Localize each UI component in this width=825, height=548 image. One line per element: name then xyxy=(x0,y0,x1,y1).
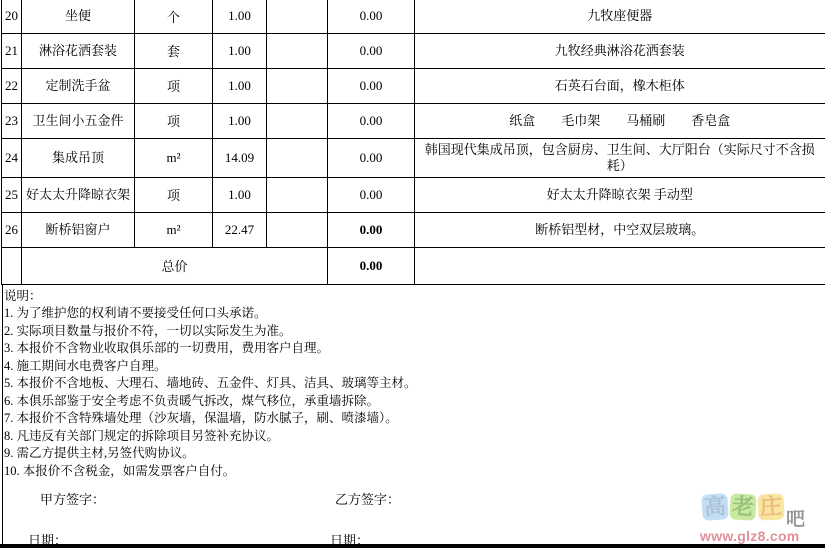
table-row: 21 淋浴花洒套装 套 1.00 0.00 九牧经典淋浴花洒套装 xyxy=(2,33,825,68)
note-line: 2. 实际项目数量与报价不符，一切以实际发生为准。 xyxy=(4,323,825,341)
item-description: 石英石台面，橡木柜体 xyxy=(415,68,825,103)
item-name: 卫生间小五金件 xyxy=(22,103,135,138)
watermark-tile: 庄 xyxy=(757,493,784,520)
blank-cell xyxy=(2,247,22,284)
blank-cell xyxy=(267,103,328,138)
item-description: 断桥铝型材，中空双层玻璃。 xyxy=(415,212,825,247)
item-quantity: 1.00 xyxy=(213,0,267,33)
item-name: 坐便 xyxy=(22,0,135,33)
total-row: 总价 0.00 xyxy=(2,247,825,284)
page-bottom-border xyxy=(0,544,825,548)
item-price: 0.00 xyxy=(328,33,415,68)
item-description: 韩国现代集成吊顶，包含厨房、卫生间、大厅阳台（实际尺寸不含损耗） xyxy=(415,138,825,177)
watermark-suffix: 吧 xyxy=(786,504,805,531)
item-unit: 项 xyxy=(135,103,213,138)
item-unit: m² xyxy=(135,212,213,247)
quotation-sheet: 20 坐便 个 1.00 0.00 九牧座便器 21 淋浴花洒套装 套 1.00… xyxy=(0,0,825,548)
row-number: 20 xyxy=(2,0,22,33)
table-row: 22 定制洗手盆 项 1.00 0.00 石英石台面，橡木柜体 xyxy=(2,68,825,103)
note-line: 7. 本报价不含特殊墙处理（沙灰墙，保温墙，防水腻子，刷、喷漆墙）。 xyxy=(4,410,825,428)
row-number: 24 xyxy=(2,138,22,177)
note-line: 9. 需乙方提供主材,另签代购协议。 xyxy=(4,445,825,463)
row-number: 22 xyxy=(2,68,22,103)
watermark-tile: 高 xyxy=(701,493,729,521)
item-name: 断桥铝窗户 xyxy=(22,212,135,247)
table-row: 25 好太太升降晾衣架 项 1.00 0.00 好太太升降晾衣架 手动型 xyxy=(2,177,825,212)
item-price: 0.00 xyxy=(328,0,415,33)
item-unit: m² xyxy=(135,138,213,177)
note-line: 4. 施工期间水电费客户自理。 xyxy=(4,358,825,376)
item-price: 0.00 xyxy=(328,68,415,103)
note-line: 5. 本报价不含地板、大理石、墙地砖、五金件、灯具、洁具、玻璃等主材。 xyxy=(4,375,825,393)
item-description: 九牧座便器 xyxy=(415,0,825,33)
notes-section: 说明： 1. 为了维护您的权利请不要接受任何口头承诺。 2. 实际项目数量与报价… xyxy=(0,285,825,481)
blank-cell xyxy=(267,177,328,212)
watermark-logo: 高 老 庄 吧 xyxy=(702,494,823,531)
note-line: 3. 本报价不含物业收取俱乐部的一切费用，费用客户自理。 xyxy=(4,340,825,358)
item-price: 0.00 xyxy=(328,103,415,138)
note-line: 10. 本报价不含税金，如需发票客户自付。 xyxy=(4,463,825,481)
item-unit: 项 xyxy=(135,177,213,212)
item-quantity: 14.09 xyxy=(213,138,267,177)
table-row: 23 卫生间小五金件 项 1.00 0.00 纸盒 毛巾架 马桶刷 香皂盒 xyxy=(2,103,825,138)
blank-cell xyxy=(267,33,328,68)
item-description: 纸盒 毛巾架 马桶刷 香皂盒 xyxy=(415,103,825,138)
blank-cell xyxy=(267,68,328,103)
item-name: 好太太升降晾衣架 xyxy=(22,177,135,212)
blank-cell xyxy=(267,138,328,177)
total-label: 总价 xyxy=(22,247,328,284)
party-b-signature-label: 乙方签字： xyxy=(335,489,400,508)
item-price: 0.00 xyxy=(328,212,415,247)
row-number: 23 xyxy=(2,103,22,138)
note-line: 6. 本俱乐部鉴于安全考虑不负责暖气拆改，煤气移位，承重墙拆除。 xyxy=(4,393,825,411)
blank-cell xyxy=(267,212,328,247)
site-watermark: 高 老 庄 吧 www.glz8.com xyxy=(699,494,823,544)
item-price: 0.00 xyxy=(328,177,415,212)
row-number: 25 xyxy=(2,177,22,212)
notes-title: 说明： xyxy=(4,288,825,306)
row-number: 21 xyxy=(2,33,22,68)
note-line: 1. 为了维护您的权利请不要接受任何口头承诺。 xyxy=(4,305,825,323)
item-name: 淋浴花洒套装 xyxy=(22,33,135,68)
blank-cell xyxy=(415,247,825,284)
party-a-signature-label: 甲方签字： xyxy=(40,489,105,508)
item-description: 好太太升降晾衣架 手动型 xyxy=(415,177,825,212)
row-number: 26 xyxy=(2,212,22,247)
item-unit: 个 xyxy=(135,0,213,33)
quotation-table: 20 坐便 个 1.00 0.00 九牧座便器 21 淋浴花洒套装 套 1.00… xyxy=(1,0,825,285)
item-description: 九牧经典淋浴花洒套装 xyxy=(415,33,825,68)
page-left-border xyxy=(2,284,3,544)
table-row: 20 坐便 个 1.00 0.00 九牧座便器 xyxy=(2,0,825,33)
item-unit: 套 xyxy=(135,33,213,68)
item-unit: 项 xyxy=(135,68,213,103)
item-price: 0.00 xyxy=(328,138,415,177)
item-quantity: 1.00 xyxy=(213,103,267,138)
blank-cell xyxy=(267,0,328,33)
item-quantity: 1.00 xyxy=(213,33,267,68)
item-name: 集成吊顶 xyxy=(22,138,135,177)
item-quantity: 1.00 xyxy=(213,177,267,212)
table-row: 26 断桥铝窗户 m² 22.47 0.00 断桥铝型材，中空双层玻璃。 xyxy=(2,212,825,247)
note-line: 8. 凡违反有关部门规定的拆除项目另签补充协议。 xyxy=(4,428,825,446)
item-name: 定制洗手盆 xyxy=(22,68,135,103)
item-quantity: 22.47 xyxy=(213,212,267,247)
total-price: 0.00 xyxy=(328,247,415,284)
table-row: 24 集成吊顶 m² 14.09 0.00 韩国现代集成吊顶，包含厨房、卫生间、… xyxy=(2,138,825,177)
item-quantity: 1.00 xyxy=(213,68,267,103)
watermark-tile: 老 xyxy=(729,493,756,520)
